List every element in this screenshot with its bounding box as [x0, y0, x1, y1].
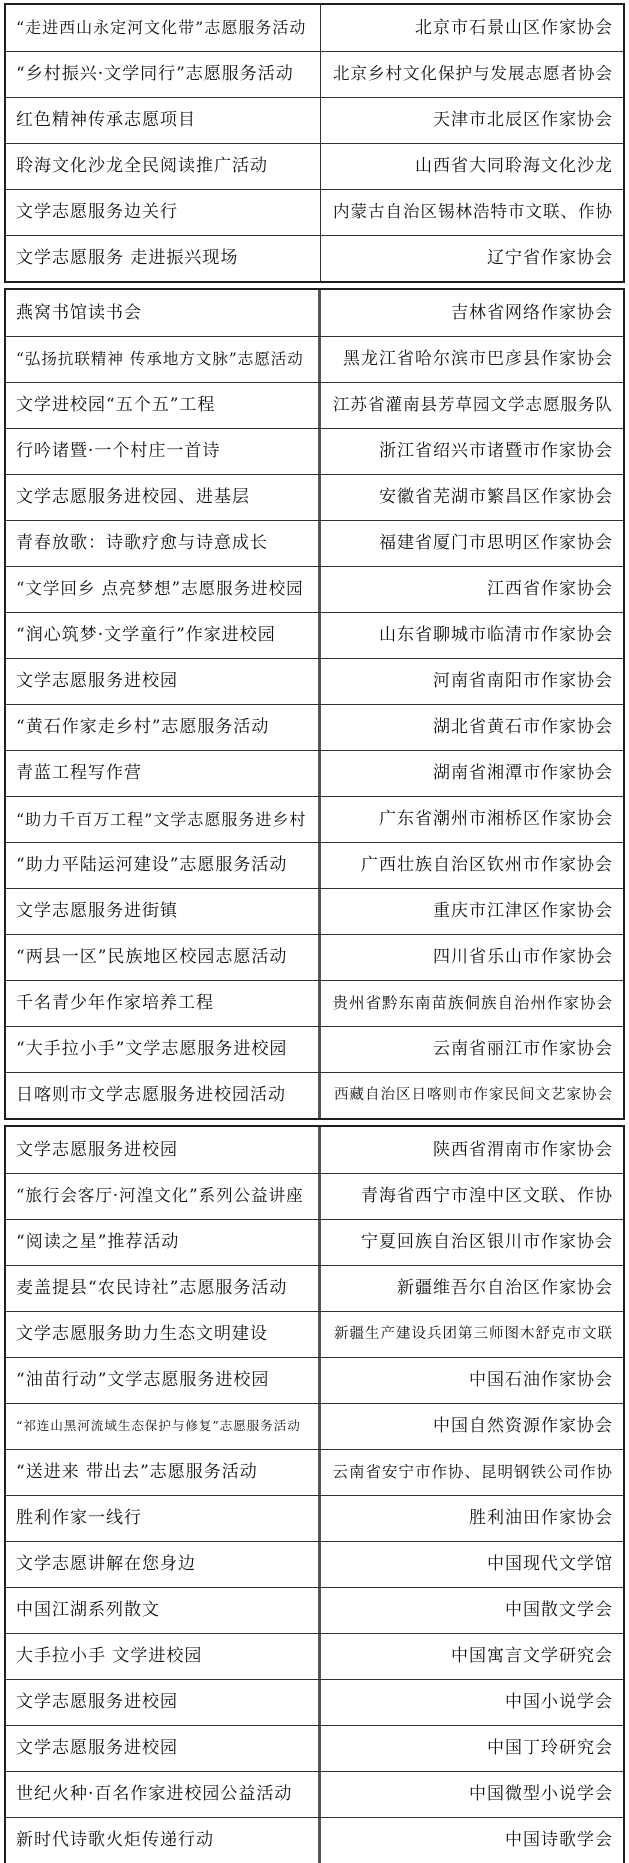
activity-text: 大手拉小手 文学进校园: [16, 1648, 202, 1665]
table-row: 胜利作家一线行 胜利油田作家协会: [6, 1495, 623, 1541]
activity-text: “黄石作家走乡村”志愿服务活动: [16, 719, 269, 736]
activity-text: 文学志愿服务进校园: [16, 1694, 178, 1711]
table-row: “旅行会客厅·河湟文化”系列公益讲座 青海省西宁市湟中区文联、作协: [6, 1173, 623, 1219]
table-row: 千名青少年作家培养工程 贵州省黔东南苗族侗族自治州作家协会: [6, 980, 623, 1026]
organization-text: 河南省南阳市作家协会: [433, 673, 613, 690]
organization-cell: 天津市北辰区作家协会: [321, 98, 623, 143]
organization-cell: 云南省安宁市作协、昆明钢铁公司作协: [321, 1450, 623, 1495]
organization-cell: 青海省西宁市湟中区文联、作协: [321, 1174, 623, 1219]
activity-cell: “弘扬抗联精神 传承地方文脉”志愿活动: [6, 337, 321, 382]
activity-text: 千名青少年作家培养工程: [16, 995, 214, 1012]
table-row: 红色精神传承志愿项目 天津市北辰区作家协会: [6, 97, 623, 143]
table-section: 文学志愿服务进校园 陕西省渭南市作家协会 “旅行会客厅·河湟文化”系列公益讲座 …: [4, 1125, 625, 1863]
activity-cell: “黄石作家走乡村”志愿服务活动: [6, 705, 321, 750]
organization-cell: 宁夏回族自治区银川市作家协会: [321, 1220, 623, 1265]
table-row: 大手拉小手 文学进校园 中国寓言文学研究会: [6, 1633, 623, 1679]
organization-text: 重庆市江津区作家协会: [433, 903, 613, 920]
activity-cell: 文学志愿服务助力生态文明建设: [6, 1312, 321, 1357]
table-row: 文学志愿服务进校园、进基层 安徽省芜湖市繁昌区作家协会: [6, 474, 623, 520]
organization-cell: 广东省潮州市湘桥区作家协会: [321, 797, 623, 842]
activity-text: “助力平陆运河建设”志愿服务活动: [16, 857, 287, 874]
activity-text: 燕窝书馆读书会: [16, 305, 142, 322]
organization-text: 中国石油作家协会: [469, 1372, 613, 1389]
table-row: “乡村振兴·文学同行”志愿服务活动 北京乡村文化保护与发展志愿者协会: [6, 51, 623, 97]
activity-cell: 日喀则市文学志愿服务进校园活动: [6, 1073, 321, 1118]
activity-text: 文学志愿讲解在您身边: [16, 1556, 196, 1573]
organization-cell: 中国诗歌学会: [321, 1818, 623, 1863]
activity-cell: 燕窝书馆读书会: [6, 290, 321, 336]
organization-text: 中国寓言文学研究会: [451, 1648, 613, 1665]
organization-cell: 安徽省芜湖市繁昌区作家协会: [321, 475, 623, 520]
activity-text: “旅行会客厅·河湟文化”系列公益讲座: [16, 1188, 304, 1205]
activity-text: 文学志愿服务进校园、进基层: [16, 489, 250, 506]
table-row: 中国江湖系列散文 中国散文学会: [6, 1587, 623, 1633]
activity-cell: 青春放歌：诗歌疗愈与诗意成长: [6, 521, 321, 566]
organization-cell: 江苏省灌南县芳草园文学志愿服务队: [321, 383, 623, 428]
activity-text: “文学回乡 点亮梦想”志愿服务进校园: [16, 581, 304, 598]
table-row: 文学志愿服务进校园 中国小说学会: [6, 1679, 623, 1725]
activity-text: 世纪火种·百名作家进校园公益活动: [16, 1786, 292, 1803]
activity-cell: 大手拉小手 文学进校园: [6, 1634, 321, 1679]
activity-cell: “助力千百万工程”文学志愿服务进乡村: [6, 797, 321, 842]
organization-cell: 中国微型小说学会: [321, 1772, 623, 1817]
table-row: 文学志愿服务进校园 中国丁玲研究会: [6, 1725, 623, 1771]
activity-cell: 麦盖提县“农民诗社”志愿服务活动: [6, 1266, 321, 1311]
activity-cell: “乡村振兴·文学同行”志愿服务活动: [6, 52, 321, 97]
activity-text: 红色精神传承志愿项目: [16, 112, 196, 129]
activity-cell: 文学志愿服务边关行: [6, 190, 321, 235]
organization-text: 宁夏回族自治区银川市作家协会: [361, 1234, 613, 1251]
activity-text: 青蓝工程写作营: [16, 765, 142, 782]
activity-cell: 聆海文化沙龙全民阅读推广活动: [6, 144, 321, 189]
organization-text: 云南省丽江市作家协会: [433, 1041, 613, 1058]
organization-cell: 广西壮族自治区钦州市作家协会: [321, 843, 623, 888]
activity-text: “助力千百万工程”文学志愿服务进乡村: [16, 812, 306, 828]
organization-text: 吉林省网络作家协会: [451, 305, 613, 322]
activity-text: 文学志愿服务进校园: [16, 673, 178, 690]
organization-text: 四川省乐山市作家协会: [433, 949, 613, 966]
organization-text: 中国诗歌学会: [505, 1832, 613, 1849]
organization-text: 北京乡村文化保护与发展志愿者协会: [333, 66, 613, 83]
organization-text: 安徽省芜湖市繁昌区作家协会: [379, 489, 613, 506]
activity-text: 麦盖提县“农民诗社”志愿服务活动: [16, 1280, 287, 1297]
table-row: 世纪火种·百名作家进校园公益活动 中国微型小说学会: [6, 1771, 623, 1817]
organization-cell: 山东省聊城市临清市作家协会: [321, 613, 623, 658]
activity-cell: 文学志愿服务进校园、进基层: [6, 475, 321, 520]
organization-cell: 辽宁省作家协会: [321, 236, 623, 281]
table-row: 文学志愿服务进校园 河南省南阳市作家协会: [6, 658, 623, 704]
organization-cell: 北京乡村文化保护与发展志愿者协会: [321, 52, 623, 97]
organization-text: 浙江省绍兴市诸暨市作家协会: [379, 443, 613, 460]
organization-cell: 四川省乐山市作家协会: [321, 935, 623, 980]
table-section: “走进西山永定河文化带”志愿服务活动 北京市石景山区作家协会 “乡村振兴·文学同…: [4, 3, 625, 283]
activity-cell: “润心筑梦·文学童行”作家进校园: [6, 613, 321, 658]
table-row: “阅读之星”推荐活动 宁夏回族自治区银川市作家协会: [6, 1219, 623, 1265]
activity-cell: “送进来 带出去”志愿服务活动: [6, 1450, 321, 1495]
organization-cell: 内蒙古自治区锡林浩特市文联、作协: [321, 190, 623, 235]
organization-cell: 湖北省黄石市作家协会: [321, 705, 623, 750]
table-row: 文学志愿服务 走进振兴现场 辽宁省作家协会: [6, 235, 623, 281]
organization-text: 北京市石景山区作家协会: [415, 20, 613, 37]
activity-cell: “油苗行动”文学志愿服务进校园: [6, 1358, 321, 1403]
organization-cell: 中国丁玲研究会: [321, 1726, 623, 1771]
organization-text: 江苏省灌南县芳草园文学志愿服务队: [333, 397, 613, 414]
organization-text: 湖北省黄石市作家协会: [433, 719, 613, 736]
activity-cell: 文学志愿服务进校园: [6, 1726, 321, 1771]
organization-text: 陕西省渭南市作家协会: [433, 1142, 613, 1159]
document: “走进西山永定河文化带”志愿服务活动 北京市石景山区作家协会 “乡村振兴·文学同…: [0, 0, 629, 1863]
table-row: 聆海文化沙龙全民阅读推广活动 山西省大同聆海文化沙龙: [6, 143, 623, 189]
organization-cell: 吉林省网络作家协会: [321, 290, 623, 336]
activity-cell: 文学志愿讲解在您身边: [6, 1542, 321, 1587]
table-row: “祁连山黑河流域生态保护与修复”志愿服务活动 中国自然资源作家协会: [6, 1403, 623, 1449]
activity-cell: “阅读之星”推荐活动: [6, 1220, 321, 1265]
activity-cell: 文学志愿服务进校园: [6, 1680, 321, 1725]
organization-text: 广西壮族自治区钦州市作家协会: [361, 857, 613, 874]
organization-cell: 陕西省渭南市作家协会: [321, 1127, 623, 1173]
activity-text: “送进来 带出去”志愿服务活动: [16, 1464, 258, 1481]
organization-text: 山西省大同聆海文化沙龙: [415, 158, 613, 175]
organization-text: 山东省聊城市临清市作家协会: [379, 627, 613, 644]
activity-text: “走进西山永定河文化带”志愿服务活动: [16, 20, 306, 36]
organization-text: 辽宁省作家协会: [487, 250, 613, 267]
table-row: “大手拉小手”文学志愿服务进校园 云南省丽江市作家协会: [6, 1026, 623, 1072]
organization-cell: 河南省南阳市作家协会: [321, 659, 623, 704]
activity-cell: “两县一区”民族地区校园志愿活动: [6, 935, 321, 980]
organization-text: 新疆维吾尔自治区作家协会: [397, 1280, 613, 1297]
table-row: 文学志愿服务助力生态文明建设 新疆生产建设兵团第三师图木舒克市文联: [6, 1311, 623, 1357]
organization-cell: 江西省作家协会: [321, 567, 623, 612]
activity-cell: 文学志愿服务进街镇: [6, 889, 321, 934]
organization-text: 中国自然资源作家协会: [433, 1418, 613, 1435]
table-row: 文学志愿服务边关行 内蒙古自治区锡林浩特市文联、作协: [6, 189, 623, 235]
organization-cell: 湖南省湘潭市作家协会: [321, 751, 623, 796]
activity-cell: 文学志愿服务进校园: [6, 659, 321, 704]
organization-text: 中国现代文学馆: [487, 1556, 613, 1573]
organization-cell: 中国现代文学馆: [321, 1542, 623, 1587]
organization-cell: 新疆维吾尔自治区作家协会: [321, 1266, 623, 1311]
table-row: “两县一区”民族地区校园志愿活动 四川省乐山市作家协会: [6, 934, 623, 980]
activity-text: “祁连山黑河流域生态保护与修复”志愿服务活动: [16, 1420, 301, 1433]
table-row: 文学志愿服务进校园 陕西省渭南市作家协会: [6, 1127, 623, 1173]
table-row: “助力千百万工程”文学志愿服务进乡村 广东省潮州市湘桥区作家协会: [6, 796, 623, 842]
activity-text: 文学志愿服务进校园: [16, 1142, 178, 1159]
activity-text: 行吟诸暨·一个村庄一首诗: [16, 443, 220, 460]
organization-cell: 重庆市江津区作家协会: [321, 889, 623, 934]
activity-text: “乡村振兴·文学同行”志愿服务活动: [16, 66, 294, 83]
table-row: 燕窝书馆读书会 吉林省网络作家协会: [6, 290, 623, 336]
activity-cell: 青蓝工程写作营: [6, 751, 321, 796]
activity-cell: “走进西山永定河文化带”志愿服务活动: [6, 5, 321, 51]
activity-cell: 行吟诸暨·一个村庄一首诗: [6, 429, 321, 474]
organization-cell: 中国石油作家协会: [321, 1358, 623, 1403]
organization-text: 黑龙江省哈尔滨市巴彦县作家协会: [343, 351, 613, 368]
organization-cell: 中国小说学会: [321, 1680, 623, 1725]
activity-text: “油苗行动”文学志愿服务进校园: [16, 1372, 269, 1389]
organization-text: 胜利油田作家协会: [469, 1510, 613, 1527]
table-row: “润心筑梦·文学童行”作家进校园 山东省聊城市临清市作家协会: [6, 612, 623, 658]
organization-cell: 黑龙江省哈尔滨市巴彦县作家协会: [321, 337, 623, 382]
table-row: 青春放歌：诗歌疗愈与诗意成长 福建省厦门市思明区作家协会: [6, 520, 623, 566]
table-row: 日喀则市文学志愿服务进校园活动 西藏自治区日喀则市作家民间文艺家协会: [6, 1072, 623, 1118]
activity-cell: 新时代诗歌火炬传递行动: [6, 1818, 321, 1863]
activity-cell: 文学志愿服务 走进振兴现场: [6, 236, 321, 281]
activity-text: “两县一区”民族地区校园志愿活动: [16, 949, 287, 966]
organization-text: 中国丁玲研究会: [487, 1740, 613, 1757]
activity-cell: “文学回乡 点亮梦想”志愿服务进校园: [6, 567, 321, 612]
activity-text: 聆海文化沙龙全民阅读推广活动: [16, 158, 268, 175]
activity-cell: “大手拉小手”文学志愿服务进校园: [6, 1027, 321, 1072]
organization-text: 内蒙古自治区锡林浩特市文联、作协: [333, 204, 613, 221]
organization-text: 云南省安宁市作协、昆明钢铁公司作协: [332, 1465, 613, 1481]
organization-text: 贵州省黔东南苗族侗族自治州作家协会: [332, 996, 613, 1012]
activity-text: 中国江湖系列散文: [16, 1602, 160, 1619]
organization-cell: 新疆生产建设兵团第三师图木舒克市文联: [321, 1312, 623, 1357]
activity-cell: 文学进校园“五个五”工程: [6, 383, 321, 428]
organization-text: 天津市北辰区作家协会: [433, 112, 613, 129]
organization-cell: 福建省厦门市思明区作家协会: [321, 521, 623, 566]
organization-cell: 北京市石景山区作家协会: [321, 5, 623, 51]
table-row: 麦盖提县“农民诗社”志愿服务活动 新疆维吾尔自治区作家协会: [6, 1265, 623, 1311]
activity-text: “弘扬抗联精神 传承地方文脉”志愿活动: [16, 352, 304, 368]
activity-text: “大手拉小手”文学志愿服务进校园: [16, 1041, 287, 1058]
organization-cell: 贵州省黔东南苗族侗族自治州作家协会: [321, 981, 623, 1026]
activity-text: 文学志愿服务进街镇: [16, 903, 178, 920]
organization-cell: 山西省大同聆海文化沙龙: [321, 144, 623, 189]
table-row: 新时代诗歌火炬传递行动 中国诗歌学会: [6, 1817, 623, 1863]
activity-cell: “祁连山黑河流域生态保护与修复”志愿服务活动: [6, 1404, 321, 1449]
activity-cell: 世纪火种·百名作家进校园公益活动: [6, 1772, 321, 1817]
table-sections: “走进西山永定河文化带”志愿服务活动 北京市石景山区作家协会 “乡村振兴·文学同…: [4, 3, 625, 1863]
table-row: “黄石作家走乡村”志愿服务活动 湖北省黄石市作家协会: [6, 704, 623, 750]
activity-cell: “助力平陆运河建设”志愿服务活动: [6, 843, 321, 888]
organization-text: 西藏自治区日喀则市作家民间文艺家协会: [334, 1088, 613, 1103]
table-row: “助力平陆运河建设”志愿服务活动 广西壮族自治区钦州市作家协会: [6, 842, 623, 888]
activity-text: 青春放歌：诗歌疗愈与诗意成长: [16, 535, 268, 552]
organization-cell: 云南省丽江市作家协会: [321, 1027, 623, 1072]
organization-cell: 浙江省绍兴市诸暨市作家协会: [321, 429, 623, 474]
activity-cell: 千名青少年作家培养工程: [6, 981, 321, 1026]
table-row: 行吟诸暨·一个村庄一首诗 浙江省绍兴市诸暨市作家协会: [6, 428, 623, 474]
organization-cell: 中国寓言文学研究会: [321, 1634, 623, 1679]
table-row: 青蓝工程写作营 湖南省湘潭市作家协会: [6, 750, 623, 796]
activity-cell: 胜利作家一线行: [6, 1496, 321, 1541]
activity-cell: 中国江湖系列散文: [6, 1588, 321, 1633]
table-row: “走进西山永定河文化带”志愿服务活动 北京市石景山区作家协会: [6, 5, 623, 51]
activity-cell: 文学志愿服务进校园: [6, 1127, 321, 1173]
organization-text: 湖南省湘潭市作家协会: [433, 765, 613, 782]
activity-text: 文学进校园“五个五”工程: [16, 397, 215, 414]
table-row: “弘扬抗联精神 传承地方文脉”志愿活动 黑龙江省哈尔滨市巴彦县作家协会: [6, 336, 623, 382]
organization-cell: 中国自然资源作家协会: [321, 1404, 623, 1449]
activity-text: 日喀则市文学志愿服务进校园活动: [16, 1087, 286, 1104]
activity-text: 文学志愿服务 走进振兴现场: [16, 250, 238, 267]
activity-cell: 红色精神传承志愿项目: [6, 98, 321, 143]
activity-text: “润心筑梦·文学童行”作家进校园: [16, 627, 276, 644]
activity-text: 文学志愿服务边关行: [16, 204, 178, 221]
table-row: “文学回乡 点亮梦想”志愿服务进校园 江西省作家协会: [6, 566, 623, 612]
organization-cell: 西藏自治区日喀则市作家民间文艺家协会: [321, 1073, 623, 1118]
organization-cell: 中国散文学会: [321, 1588, 623, 1633]
table-row: 文学进校园“五个五”工程 江苏省灌南县芳草园文学志愿服务队: [6, 382, 623, 428]
organization-cell: 胜利油田作家协会: [321, 1496, 623, 1541]
table-section: 燕窝书馆读书会 吉林省网络作家协会 “弘扬抗联精神 传承地方文脉”志愿活动 黑龙…: [4, 288, 625, 1120]
table-row: 文学志愿服务进街镇 重庆市江津区作家协会: [6, 888, 623, 934]
organization-text: 新疆生产建设兵团第三师图木舒克市文联: [334, 1327, 613, 1342]
organization-text: 中国微型小说学会: [469, 1786, 613, 1803]
organization-text: 江西省作家协会: [487, 581, 613, 598]
organization-text: 广东省潮州市湘桥区作家协会: [379, 811, 613, 828]
organization-text: 中国小说学会: [505, 1694, 613, 1711]
activity-text: “阅读之星”推荐活动: [16, 1234, 179, 1251]
organization-text: 青海省西宁市湟中区文联、作协: [361, 1188, 613, 1205]
table-row: “送进来 带出去”志愿服务活动 云南省安宁市作协、昆明钢铁公司作协: [6, 1449, 623, 1495]
activity-text: 胜利作家一线行: [16, 1510, 142, 1527]
table-row: 文学志愿讲解在您身边 中国现代文学馆: [6, 1541, 623, 1587]
activity-text: 文学志愿服务进校园: [16, 1740, 178, 1757]
activity-cell: “旅行会客厅·河湟文化”系列公益讲座: [6, 1174, 321, 1219]
organization-text: 中国散文学会: [505, 1602, 613, 1619]
activity-text: 新时代诗歌火炬传递行动: [16, 1832, 214, 1849]
table-row: “油苗行动”文学志愿服务进校园 中国石油作家协会: [6, 1357, 623, 1403]
activity-text: 文学志愿服务助力生态文明建设: [16, 1326, 268, 1343]
organization-text: 福建省厦门市思明区作家协会: [379, 535, 613, 552]
